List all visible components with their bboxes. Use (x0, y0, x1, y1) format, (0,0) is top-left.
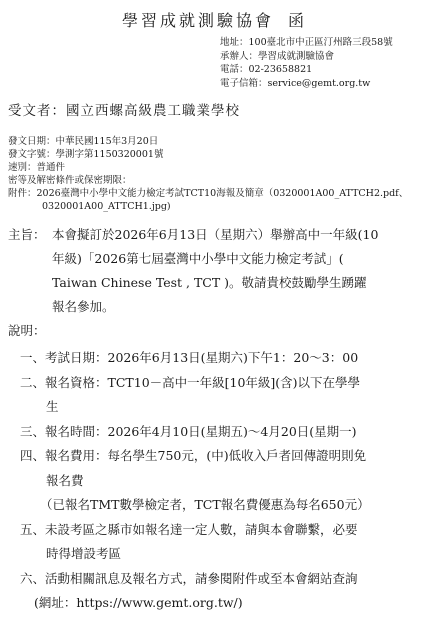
explanation-item-1: 一、考試日期：2026年6月13日(星期六)下午1：20～3：00 (20, 346, 428, 371)
issue-date: 發文日期：中華民國115年3月20日 (8, 135, 408, 148)
sender-address: 地址：100臺北市中正區汀州路三段58號 (220, 36, 393, 50)
sender-info: 地址：100臺北市中正區汀州路三段58號 承辦人：學習成就測驗協會 電話：02-… (220, 36, 393, 90)
explanation-item-2-cont: 生 (20, 395, 428, 420)
organization-name: 學習成就測驗協會 (122, 11, 274, 30)
subject-line: 年級)「2026第七屆臺灣中小學中文能力檢定考試」( (8, 247, 424, 271)
recipient: 受文者：國立西螺高級農工職業學校 (8, 102, 240, 120)
explanation-item-4: 四、報名費用：每名學生750元，(中)低收入戶者回傳證明則免 (20, 444, 428, 469)
subject-line: Taiwan Chinese Test , TCT )。敬請貴校鼓勵學生踴躍 (8, 271, 424, 295)
official-letter: 學習成就測驗協會函 地址：100臺北市中正區汀州路三段58號 承辦人：學習成就測… (0, 0, 428, 639)
delivery-speed: 速別：普通件 (8, 161, 408, 174)
subject-line: 本會擬訂於2026年6月13日（星期六）舉辦高中一年級(10 (52, 227, 378, 242)
subject-label: 主旨： (8, 223, 52, 247)
document-number: 發文字號：學測字第1150320001號 (8, 148, 408, 161)
explanation-items: 一、考試日期：2026年6月13日(星期六)下午1：20～3：00 二、報名資格… (20, 346, 428, 616)
attachment-line-1: 附件：2026臺灣中小學中文能力檢定考試TCT10海報及簡章（0320001A0… (8, 187, 408, 200)
explanation-item-2: 二、報名資格：TCT10－高中一年級[10年級](含)以下在學學 (20, 371, 428, 396)
letter-title: 學習成就測驗協會函 (0, 10, 428, 32)
document-type: 函 (288, 11, 306, 30)
subject-section: 主旨：本會擬訂於2026年6月13日（星期六）舉辦高中一年級(10 年級)「20… (8, 223, 424, 319)
explanation-item-4-note: （已報名TMT數學檢定者，TCT報名費優惠為每名650元） (20, 493, 428, 518)
sender-phone: 電話：02-23658821 (220, 63, 393, 77)
website-url: (網址：https://www.gemt.org.tw/) (20, 591, 428, 616)
document-meta: 發文日期：中華民國115年3月20日 發文字號：學測字第1150320001號 … (8, 135, 408, 213)
subject-line: 報名參加。 (8, 295, 424, 319)
sender-email: 電子信箱：service@gemt.org.tw (220, 77, 393, 91)
explanation-item-6: 六、活動相關訊息及報名方式，請參閱附件或至本會網站查詢 (20, 567, 428, 592)
explanation-label: 說明： (8, 321, 46, 341)
explanation-item-4-cont: 報名費 (20, 469, 428, 494)
confidentiality: 密等及解密條件或保密期限： (8, 174, 408, 187)
explanation-item-5-cont: 時得增設考區 (20, 542, 428, 567)
sender-contact-person: 承辦人：學習成就測驗協會 (220, 50, 393, 64)
attachment-line-2: 0320001A00_ATTCH1.jpg) (8, 200, 408, 213)
explanation-item-5: 五、未設考區之縣市如報名達一定人數，請與本會聯繫，必要 (20, 518, 428, 543)
explanation-item-3: 三、報名時間：2026年4月10日(星期五)～4月20日(星期一) (20, 420, 428, 445)
